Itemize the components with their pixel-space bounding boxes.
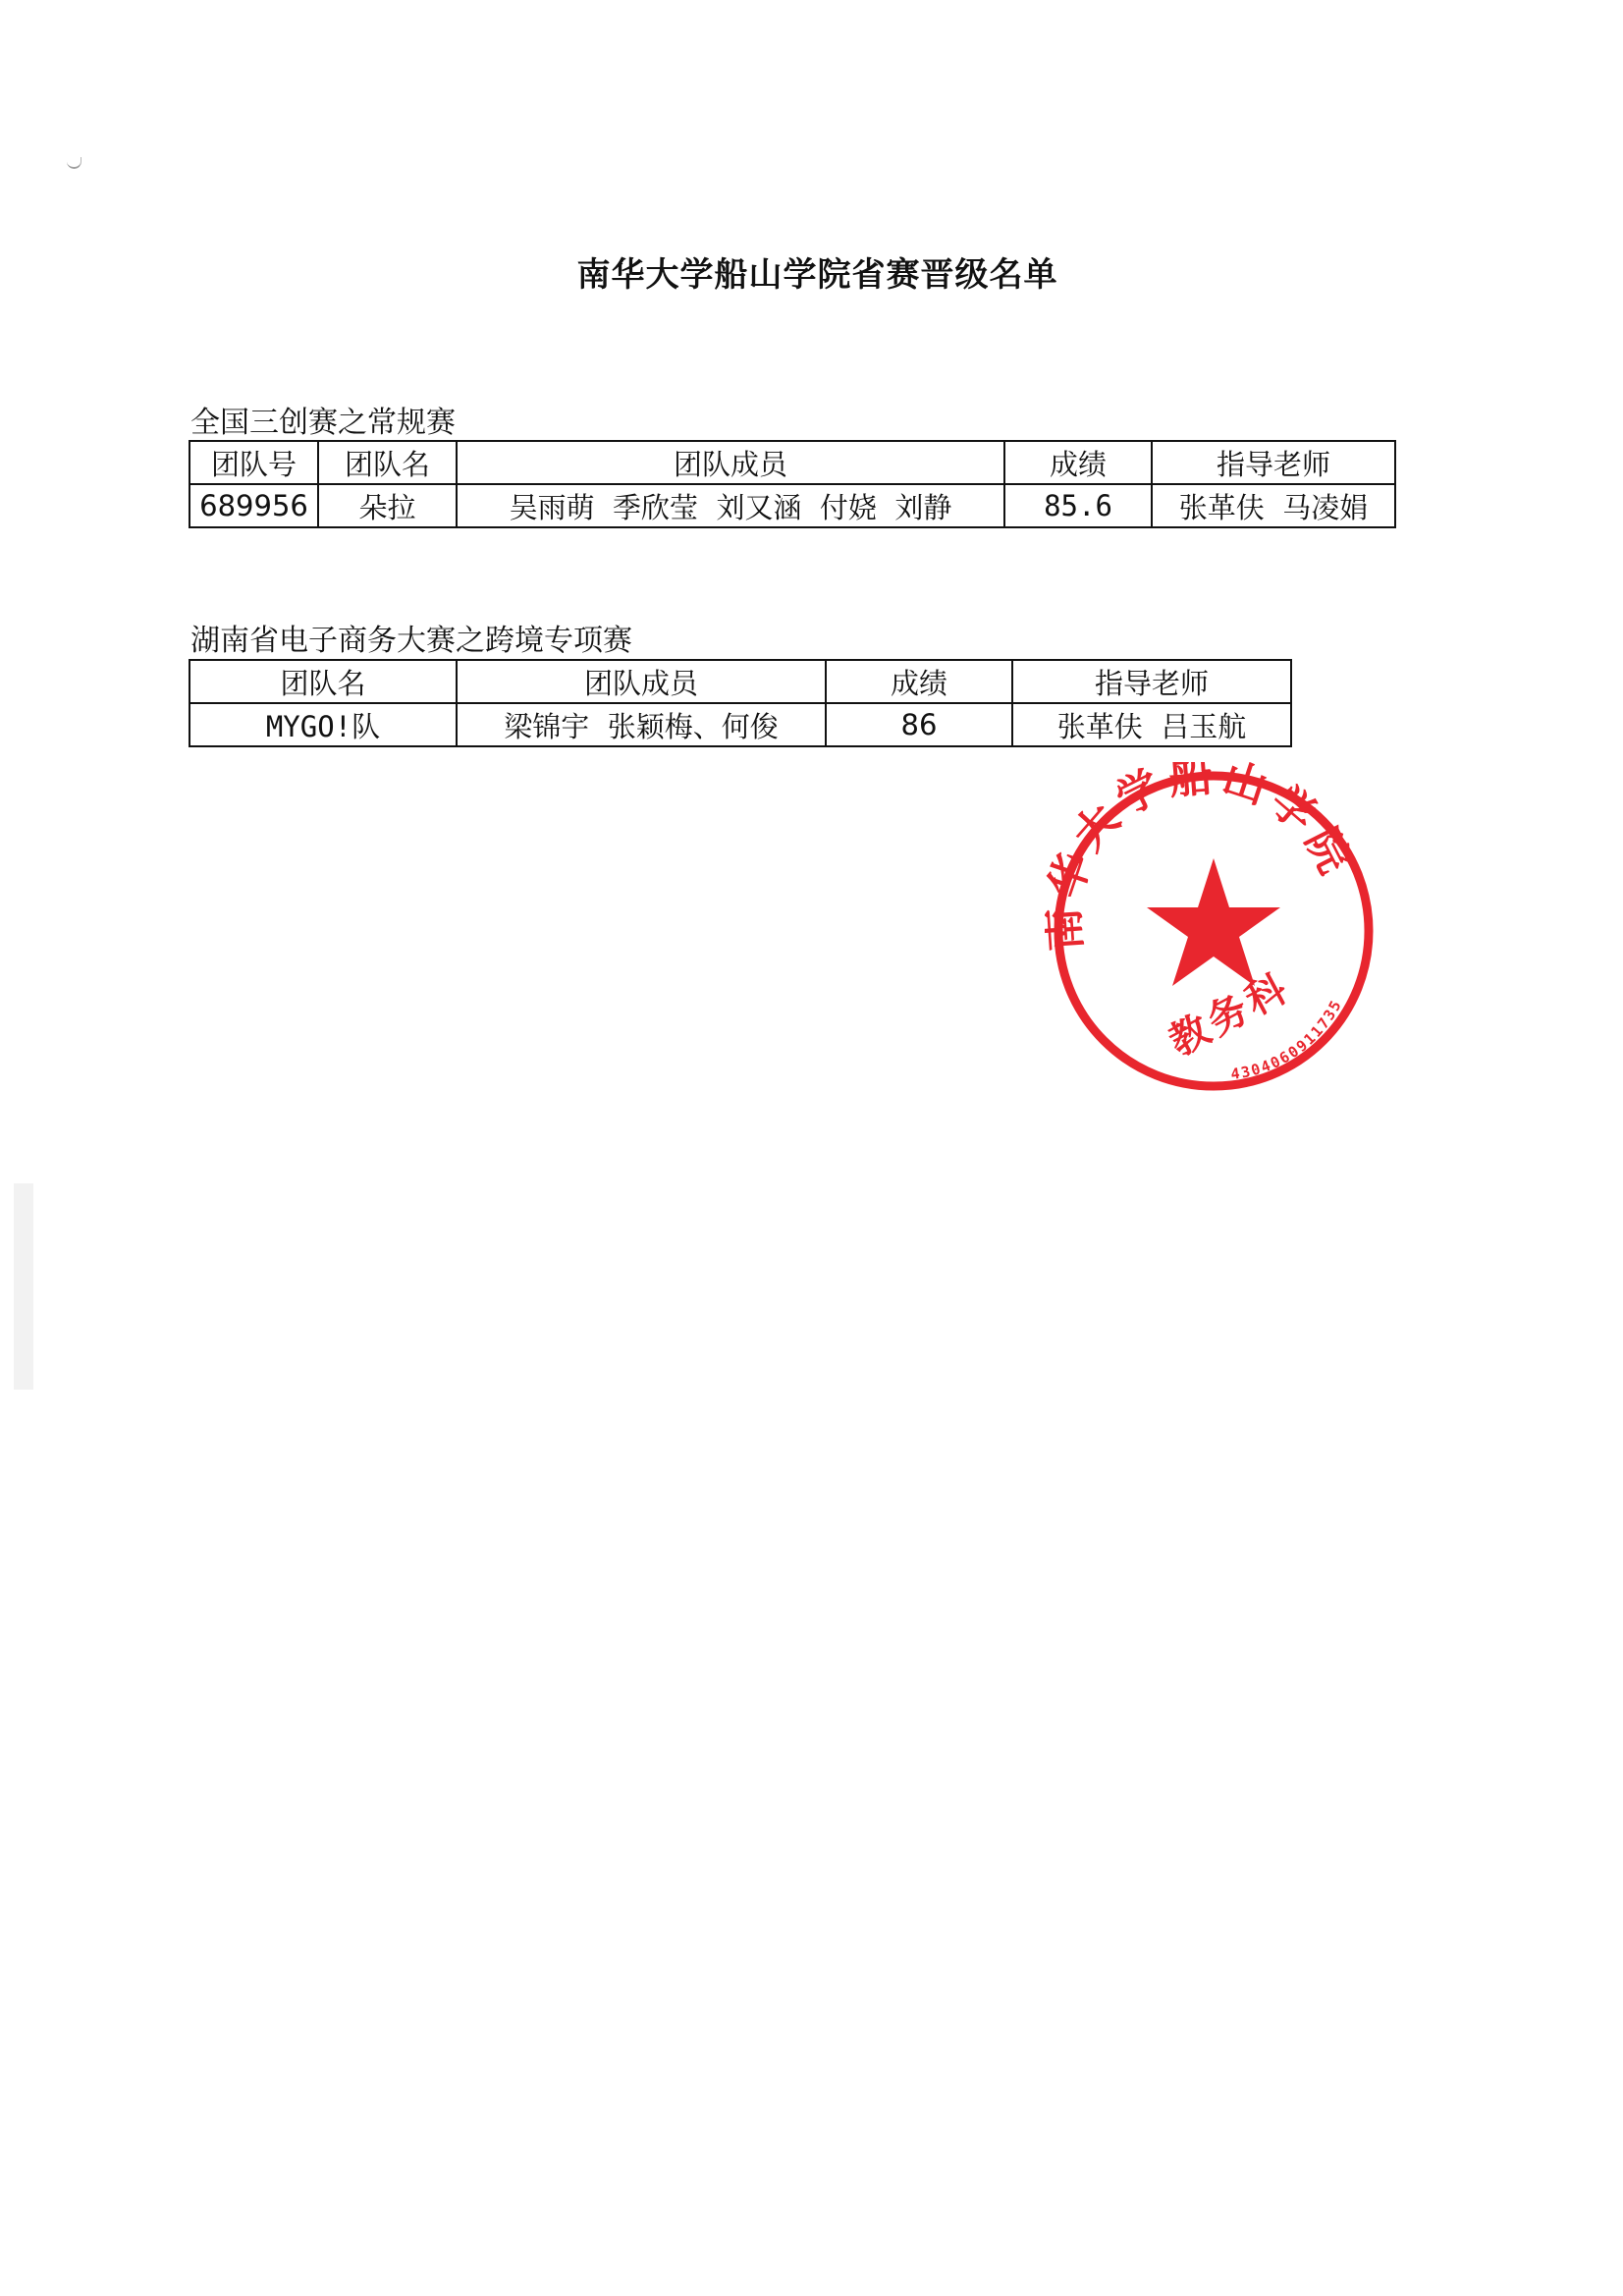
team-members-cell: 吴雨萌 季欣莹 刘又涵 付娆 刘静 xyxy=(457,484,1004,527)
scan-artifact xyxy=(67,157,81,169)
header-cell: 团队名 xyxy=(318,441,457,484)
advisors-cell: 张革伕 马凌娟 xyxy=(1152,484,1395,527)
table-sanchuang: 团队号 团队名 团队成员 成绩 指导老师 689956 朵拉 吴雨萌 季欣莹 刘… xyxy=(189,440,1396,528)
table-row: MYGO!队 梁锦宇 张颖梅、何俊 86 张革伕 吕玉航 xyxy=(189,703,1291,746)
score-cell: 86 xyxy=(826,703,1012,746)
team-members-cell: 梁锦宇 张颖梅、何俊 xyxy=(457,703,826,746)
team-name-cell: 朵拉 xyxy=(318,484,457,527)
advisors-cell: 张革伕 吕玉航 xyxy=(1012,703,1291,746)
header-cell: 团队名 xyxy=(189,660,457,703)
header-cell: 团队号 xyxy=(189,441,318,484)
table-row: 689956 朵拉 吴雨萌 季欣莹 刘又涵 付娆 刘静 85.6 张革伕 马凌娟 xyxy=(189,484,1395,527)
header-cell: 指导老师 xyxy=(1012,660,1291,703)
section-title-sanchuang: 全国三创赛之常规赛 xyxy=(190,398,456,441)
header-cell: 团队成员 xyxy=(457,660,826,703)
section-title-ecommerce: 湖南省电子商务大赛之跨境专项赛 xyxy=(190,616,632,659)
team-name-cell: MYGO!队 xyxy=(189,703,457,746)
team-id-cell: 689956 xyxy=(189,484,318,527)
header-cell: 成绩 xyxy=(826,660,1012,703)
score-cell: 85.6 xyxy=(1004,484,1152,527)
table-ecommerce: 团队名 团队成员 成绩 指导老师 MYGO!队 梁锦宇 张颖梅、何俊 86 张革… xyxy=(189,659,1292,747)
star-icon xyxy=(1147,858,1280,986)
header-cell: 成绩 xyxy=(1004,441,1152,484)
official-seal: 南华大学船山学院 教务科 4304060911735 xyxy=(1045,762,1382,1100)
header-cell: 团队成员 xyxy=(457,441,1004,484)
seal-center-text: 教务科 xyxy=(1163,964,1298,1066)
scan-noise xyxy=(14,1183,33,1390)
document-title: 南华大学船山学院省赛晋级名单 xyxy=(0,247,1623,296)
table-header-row: 团队号 团队名 团队成员 成绩 指导老师 xyxy=(189,441,1395,484)
header-cell: 指导老师 xyxy=(1152,441,1395,484)
table-header-row: 团队名 团队成员 成绩 指导老师 xyxy=(189,660,1291,703)
